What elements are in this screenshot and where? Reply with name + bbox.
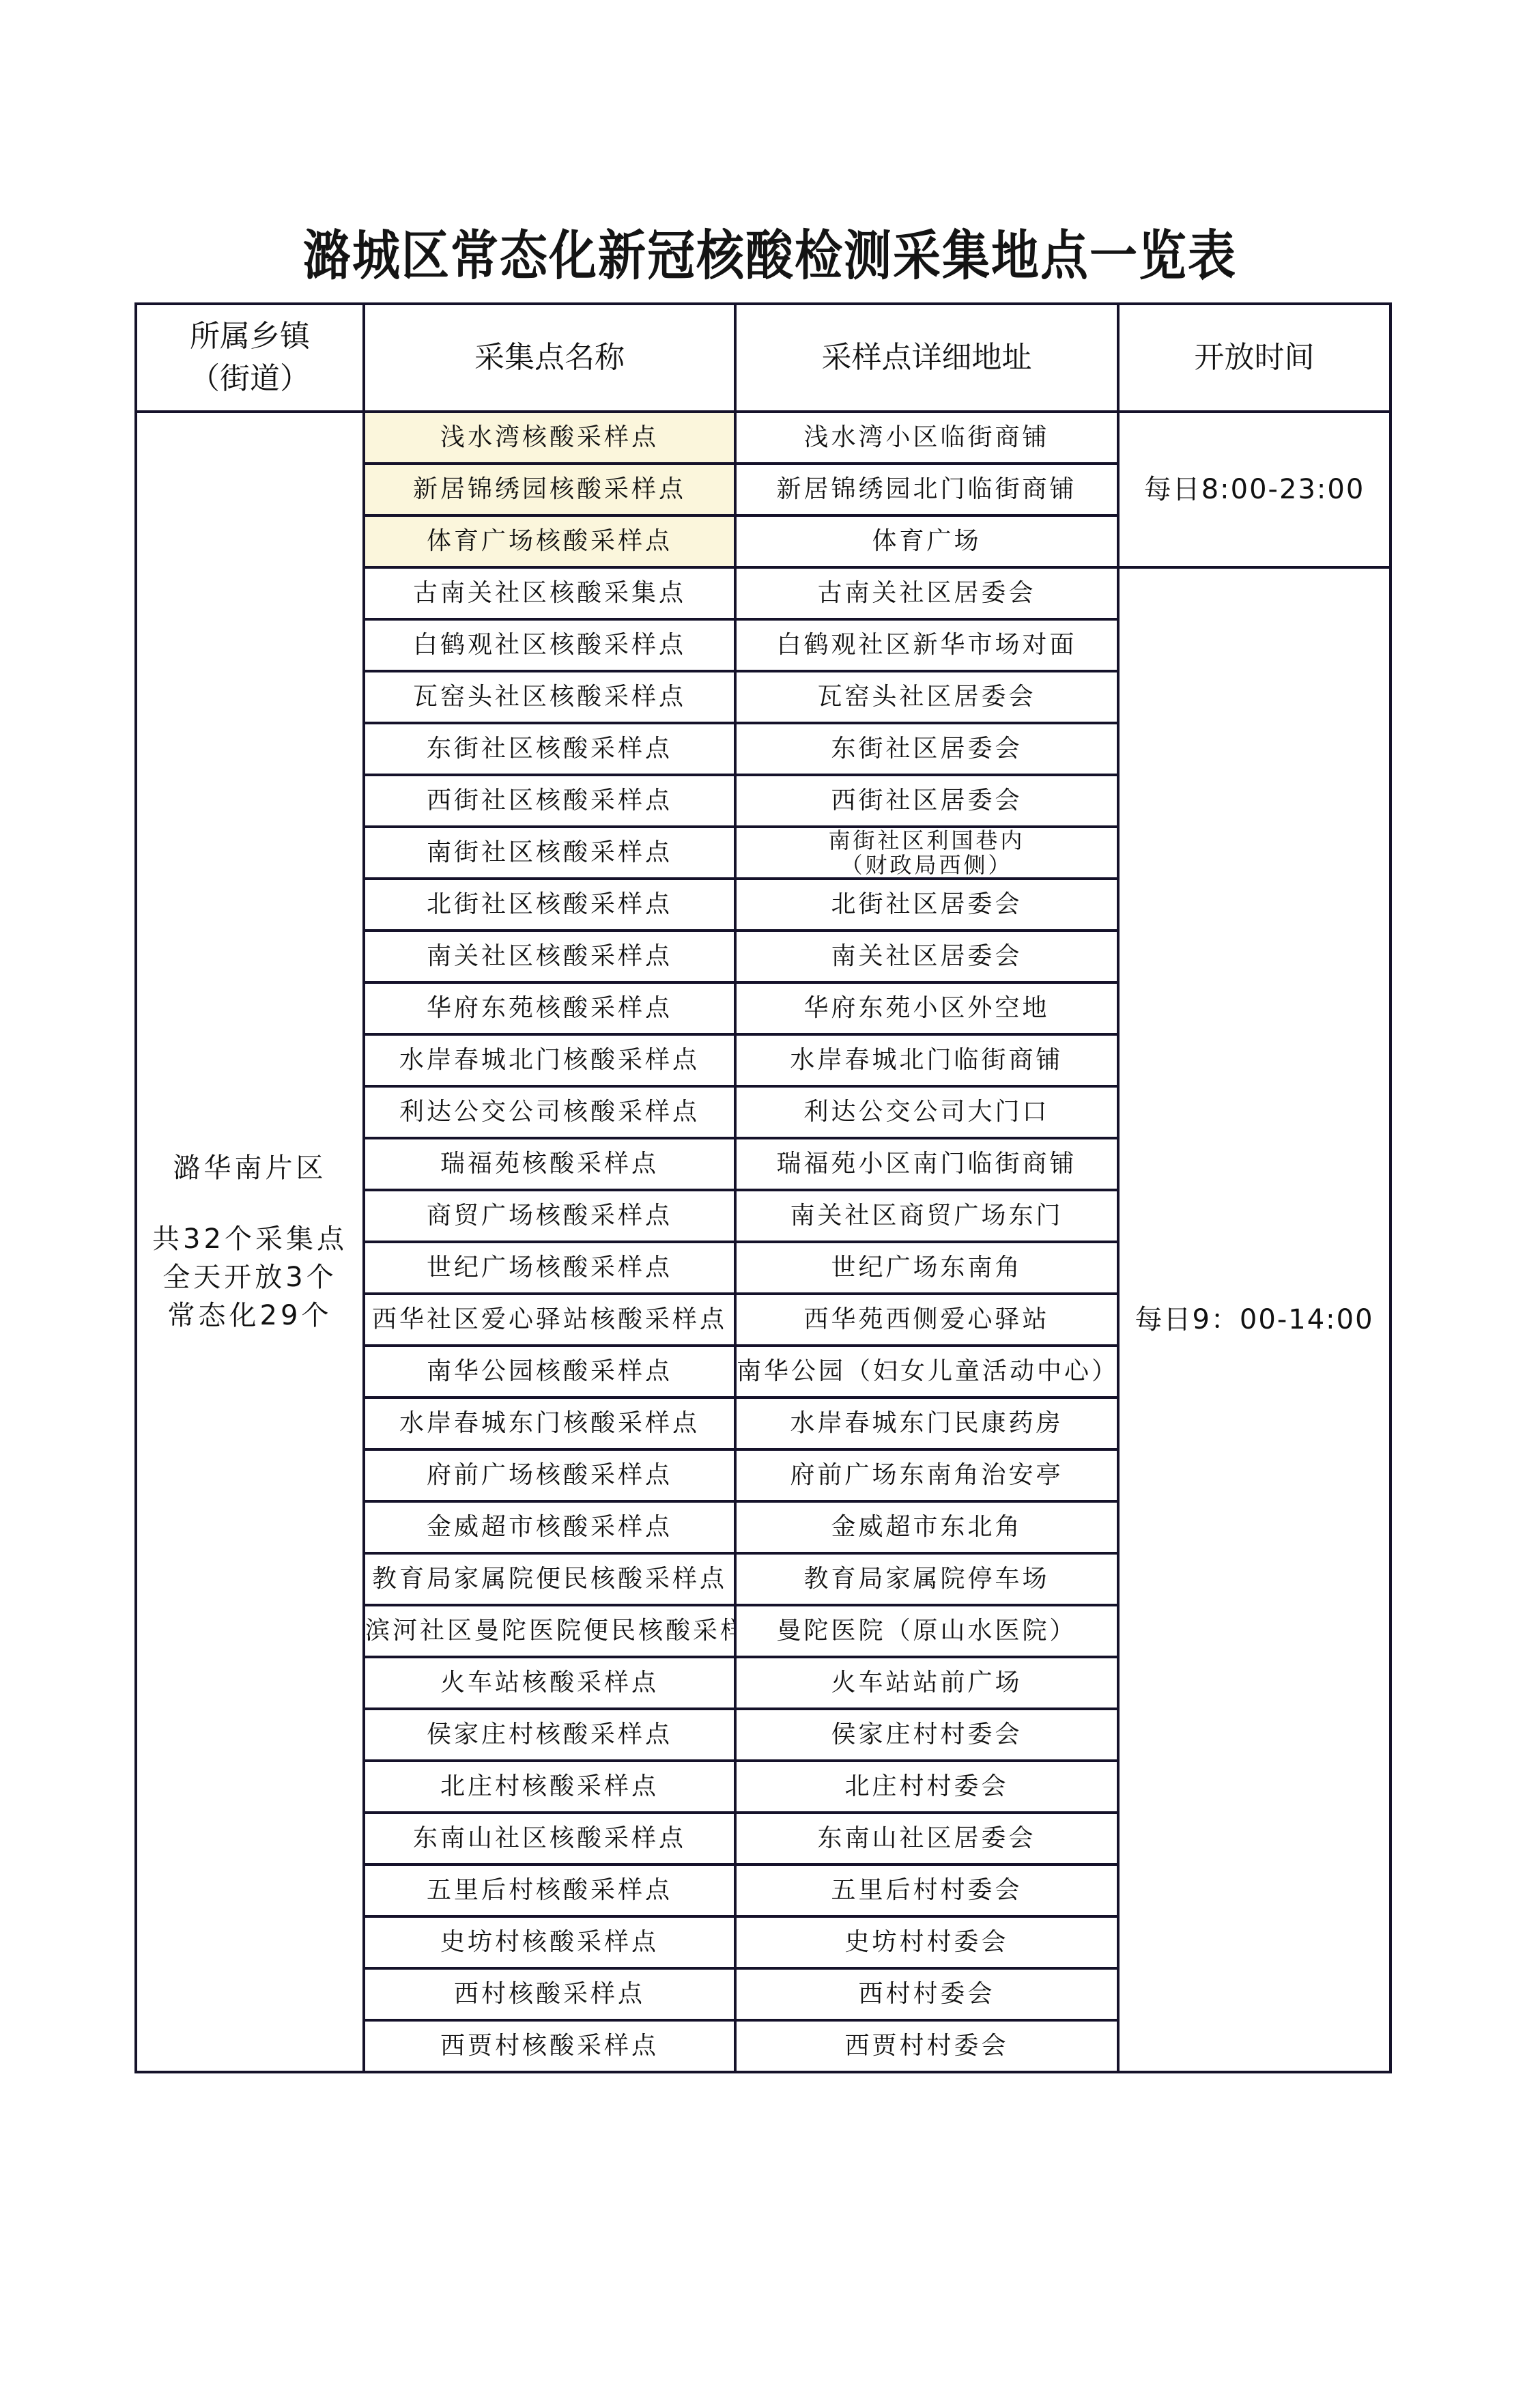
site-address-cell: 华府东苑小区外空地	[735, 982, 1118, 1034]
site-address-cell: 教育局家属院停车场	[735, 1553, 1118, 1605]
header-district-line2: （街道）	[137, 358, 362, 400]
site-address-cell: 南关社区居委会	[735, 931, 1118, 982]
site-address-cell: 西村村委会	[735, 1968, 1118, 2020]
site-name-cell: 古南关社区核酸采集点	[364, 567, 735, 619]
site-address-cell: 史坊村村委会	[735, 1916, 1118, 1968]
header-district-line1: 所属乡镇	[137, 315, 362, 358]
site-address-cell: 府前广场东南角治安亭	[735, 1449, 1118, 1501]
district-summary-line: 共32个采集点	[137, 1220, 362, 1258]
site-address-cell: 瑞福苑小区南门临街商铺	[735, 1138, 1118, 1190]
site-name-cell: 北庄村核酸采样点	[364, 1761, 735, 1813]
site-address-cell: 侯家庄村村委会	[735, 1709, 1118, 1761]
site-address-cell: 金威超市东北角	[735, 1501, 1118, 1553]
site-name-cell: 南街社区核酸采样点	[364, 827, 735, 879]
site-address-cell: 西街社区居委会	[735, 775, 1118, 827]
site-address-cell: 水岸春城东门民康药房	[735, 1398, 1118, 1449]
site-address-cell: 西华苑西侧爱心驿站	[735, 1294, 1118, 1346]
site-address-cell: 五里后村村委会	[735, 1865, 1118, 1916]
site-name-cell: 南关社区核酸采样点	[364, 931, 735, 982]
site-address-cell: 南华公园（妇女儿童活动中心）	[735, 1346, 1118, 1398]
site-name-cell: 北街社区核酸采样点	[364, 879, 735, 931]
site-address-cell: 北庄村村委会	[735, 1761, 1118, 1813]
site-name-cell: 五里后村核酸采样点	[364, 1865, 735, 1916]
site-name-cell: 西贾村核酸采样点	[364, 2020, 735, 2072]
site-address-cell: 北街社区居委会	[735, 879, 1118, 931]
site-name-cell: 新居锦绣园核酸采样点	[364, 464, 735, 515]
district-cell: 潞华南片区共32个采集点全天开放3个常态化29个	[136, 412, 364, 2072]
site-address-cell: 白鹤观社区新华市场对面	[735, 619, 1118, 671]
site-name-cell: 体育广场核酸采样点	[364, 515, 735, 567]
opening-hours-cell: 每日8:00-23:00	[1118, 412, 1391, 567]
site-address-cell: 西贾村村委会	[735, 2020, 1118, 2072]
site-name-cell: 教育局家属院便民核酸采样点	[364, 1553, 735, 1605]
site-name-cell: 西街社区核酸采样点	[364, 775, 735, 827]
site-name-cell: 侯家庄村核酸采样点	[364, 1709, 735, 1761]
site-name-cell: 利达公交公司核酸采样点	[364, 1086, 735, 1138]
site-address-cell: 南街社区利国巷内（财政局西侧）	[735, 827, 1118, 879]
site-name-cell: 水岸春城北门核酸采样点	[364, 1034, 735, 1086]
site-address-cell: 东南山社区居委会	[735, 1813, 1118, 1865]
site-name-cell: 水岸春城东门核酸采样点	[364, 1398, 735, 1449]
table-row: 潞华南片区共32个采集点全天开放3个常态化29个浅水湾核酸采样点浅水湾小区临街商…	[136, 412, 1391, 464]
site-name-cell: 商贸广场核酸采样点	[364, 1190, 735, 1242]
site-name-cell: 西华社区爱心驿站核酸采样点	[364, 1294, 735, 1346]
site-name-cell: 南华公园核酸采样点	[364, 1346, 735, 1398]
site-name-cell: 东南山社区核酸采样点	[364, 1813, 735, 1865]
site-address-cell: 体育广场	[735, 515, 1118, 567]
site-name-cell: 东街社区核酸采样点	[364, 723, 735, 775]
site-address-cell: 古南关社区居委会	[735, 567, 1118, 619]
site-address-cell: 浅水湾小区临街商铺	[735, 412, 1118, 464]
site-name-cell: 浅水湾核酸采样点	[364, 412, 735, 464]
site-address-cell: 新居锦绣园北门临街商铺	[735, 464, 1118, 515]
header-district: 所属乡镇 （街道）	[136, 304, 364, 412]
site-name-cell: 白鹤观社区核酸采样点	[364, 619, 735, 671]
page-title: 潞城区常态化新冠核酸检测采集地点一览表	[0, 213, 1540, 290]
site-address-cell: 曼陀医院（原山水医院）	[735, 1605, 1118, 1657]
site-address-cell: 瓦窑头社区居委会	[735, 671, 1118, 723]
site-name-cell: 华府东苑核酸采样点	[364, 982, 735, 1034]
header-site-name: 采集点名称	[364, 304, 735, 412]
site-address-line: 南街社区利国巷内	[737, 828, 1117, 853]
site-address-cell: 水岸春城北门临街商铺	[735, 1034, 1118, 1086]
site-address-cell: 南关社区商贸广场东门	[735, 1190, 1118, 1242]
site-address-cell: 利达公交公司大门口	[735, 1086, 1118, 1138]
district-name: 潞华南片区	[137, 1149, 362, 1187]
site-name-cell: 府前广场核酸采样点	[364, 1449, 735, 1501]
site-address-cell: 火车站站前广场	[735, 1657, 1118, 1709]
table-header-row: 所属乡镇 （街道） 采集点名称 采样点详细地址 开放时间	[136, 304, 1391, 412]
district-summary-line: 常态化29个	[137, 1296, 362, 1335]
opening-hours-cell: 每日9：00-14:00	[1118, 567, 1391, 2072]
site-address-line: （财政局西侧）	[737, 853, 1117, 877]
site-name-cell: 金威超市核酸采样点	[364, 1501, 735, 1553]
site-name-cell: 瑞福苑核酸采样点	[364, 1138, 735, 1190]
site-name-cell: 滨河社区曼陀医院便民核酸采样点	[364, 1605, 735, 1657]
site-address-cell: 东街社区居委会	[735, 723, 1118, 775]
header-hours: 开放时间	[1118, 304, 1391, 412]
site-name-cell: 西村核酸采样点	[364, 1968, 735, 2020]
site-name-cell: 瓦窑头社区核酸采样点	[364, 671, 735, 723]
site-address-cell: 世纪广场东南角	[735, 1242, 1118, 1294]
table-body: 潞华南片区共32个采集点全天开放3个常态化29个浅水湾核酸采样点浅水湾小区临街商…	[136, 412, 1391, 2072]
collection-sites-table: 所属乡镇 （街道） 采集点名称 采样点详细地址 开放时间 潞华南片区共32个采集…	[134, 302, 1392, 2073]
header-address: 采样点详细地址	[735, 304, 1118, 412]
site-name-cell: 火车站核酸采样点	[364, 1657, 735, 1709]
site-name-cell: 世纪广场核酸采样点	[364, 1242, 735, 1294]
site-name-cell: 史坊村核酸采样点	[364, 1916, 735, 1968]
district-summary-line: 全天开放3个	[137, 1258, 362, 1296]
